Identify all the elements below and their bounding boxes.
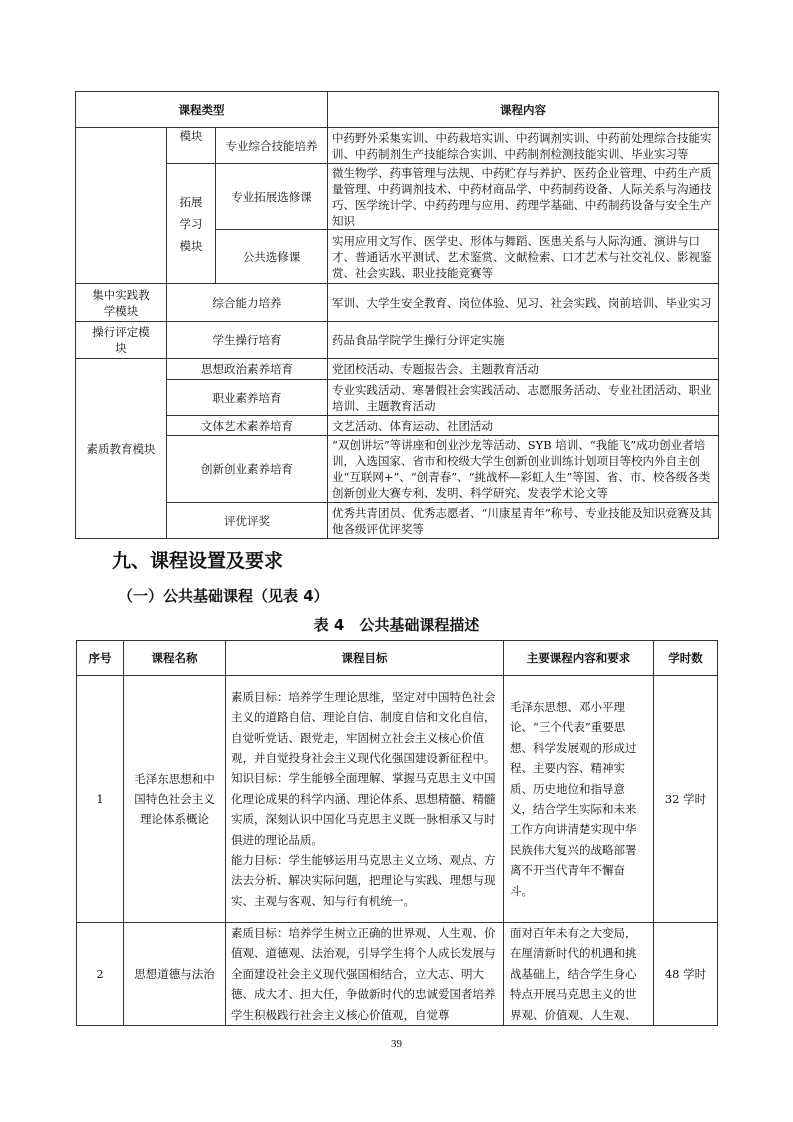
goal-ability: 能力目标：学生能够运用马克思主义立场、观点、方法去分析、解决实际问题，把理论与实… [231,850,498,911]
public-foundation-courses-table: 序号 课程名称 课程目标 主要课程内容和要求 学时数 1 毛泽东思想和中国特色社… [76,640,718,1026]
row-hours: 32 学时 [654,676,718,923]
goal-quality: 素质目标：培养学生理论思维，坚定对中国特色社会主义的道路自信、理论自信、制度自信… [231,687,498,769]
header-course-type: 课程类型 [76,92,328,128]
course-name: 创新创业素养培育 [167,436,328,503]
module-quality-education: 素质教育模块 [76,359,167,539]
course-name: 综合能力培养 [167,284,328,322]
course-content: “双创讲坛”等讲座和创业沙龙等活动、SYB 培训、“我能飞”成功创业者培训，入选… [328,436,719,503]
row-no: 1 [77,676,124,923]
subsection-heading: （一）公共基础课程（见表 4） [118,585,329,606]
course-name: 评优评奖 [167,503,328,539]
header-hours: 学时数 [654,641,718,676]
header-course-name: 课程名称 [124,641,226,676]
row-hours: 48 学时 [654,923,718,1026]
section-heading: 九、课程设置及要求 [112,546,283,573]
goal-knowledge: 知识目标：学生能够全面理解、掌握马克思主义中国化理论成果的科学内涵、理论体系、思… [231,768,498,850]
course-content: 药品食品学院学生操行分评定实施 [328,322,719,359]
row-course-goal: 素质目标：培养学生理论思维，坚定对中国特色社会主义的道路自信、理论自信、制度自信… [226,676,504,923]
table-caption: 表 4 公共基础课程描述 [0,614,793,635]
course-type-table: 课程类型 课程内容 模块 专业综合技能培养 中药野外采集实训、中药栽培实训、中药… [75,91,719,539]
row-course-goal: 素质目标：培养学生树立正确的世界观、人生观、价值观、道德观、法治观，引导学生将个… [226,923,504,1026]
course-content: 文艺活动、体育运动、社团活动 [328,416,719,436]
row-course-name: 毛泽东思想和中国特色社会主义理论体系概论 [124,676,226,923]
empty-module-cell [76,128,167,284]
course-name: 学生操行培育 [167,322,328,359]
course-name: 职业素养培育 [167,380,328,416]
course-content: 微生物学、药事管理与法规、中药贮存与养护、医药企业管理、中药生产质量管理、中药调… [328,164,719,230]
course-name: 公共选修课 [216,230,328,284]
group-extend-learning: 拓展学习模块 [167,164,216,284]
table-row: 2 思想道德与法治 素质目标：培养学生树立正确的世界观、人生观、价值观、道德观、… [77,923,718,1026]
row-course-content: 面对百年未有之大变局，在厘清新时代的机遇和挑战基础上，结合学生身心特点开展马克思… [504,923,654,1026]
course-content: 专业实践活动、寒暑假社会实践活动、志愿服务活动、专业社团活动、职业培训、主题教育… [328,380,719,416]
course-name: 文体艺术素养培育 [167,416,328,436]
header-no: 序号 [77,641,124,676]
sub-module-label: 模块 [167,128,216,164]
table-row: 1 毛泽东思想和中国特色社会主义理论体系概论 素质目标：培养学生理论思维，坚定对… [77,676,718,923]
course-content: 优秀共青团员、优秀志愿者、“川康星青年”称号、专业技能及知识竞赛及其他各级评优评… [328,503,719,539]
module-practice: 集中实践教学模块 [76,284,167,322]
row-course-content: 毛泽东思想、邓小平理论、“三个代表”重要思想、科学发展观的形成过程、主要内容、精… [504,676,654,923]
goal-quality: 素质目标：培养学生树立正确的世界观、人生观、价值观、道德观、法治观，引导学生将个… [231,923,498,1025]
course-content: 实用应用文写作、医学史、形体与舞蹈、医患关系与人际沟通、演讲与口才、普通话水平测… [328,230,719,284]
row-no: 2 [77,923,124,1026]
page-number: 39 [0,1038,793,1050]
row-course-name: 思想道德与法治 [124,923,226,1026]
header-course-content-requirements: 主要课程内容和要求 [504,641,654,676]
module-conduct: 操行评定模块 [76,322,167,359]
header-course-goal: 课程目标 [226,641,504,676]
course-content: 党团校活动、专题报告会、主题教育活动 [328,359,719,380]
course-content: 中药野外采集实训、中药栽培实训、中药调剂实训、中药前处理综合技能实训、中药制剂生… [328,128,719,164]
course-content: 军训、大学生安全教育、岗位体验、见习、社会实践、岗前培训、毕业实习 [328,284,719,322]
course-name: 思想政治素养培育 [167,359,328,380]
course-name: 专业综合技能培养 [216,128,328,164]
course-name: 专业拓展选修课 [216,164,328,230]
header-course-content: 课程内容 [328,92,719,128]
